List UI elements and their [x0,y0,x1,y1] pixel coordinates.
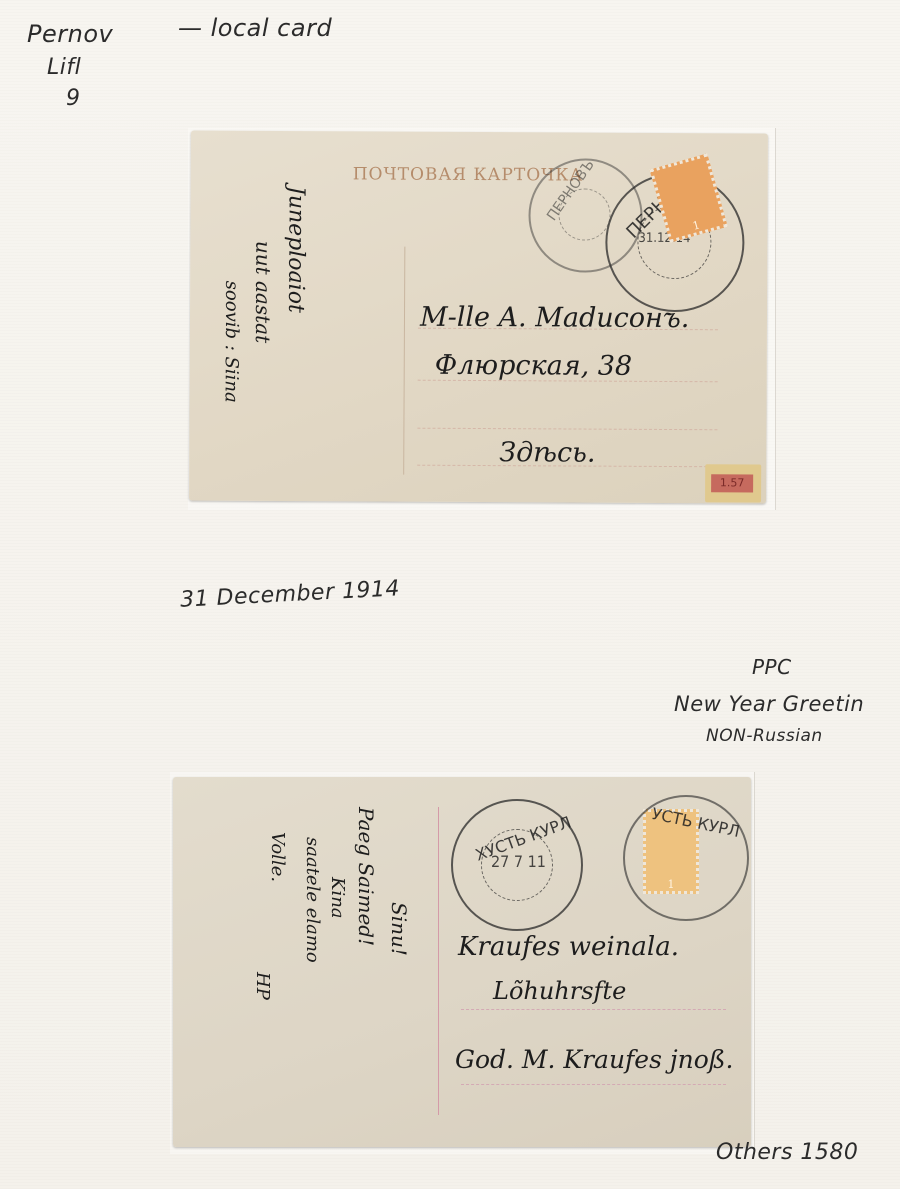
note-ppc: PPC [752,655,792,679]
message-line-2: uut aastat [251,241,276,343]
address-line [417,428,717,432]
message-line-1: Juneploaiot [283,186,309,313]
price-sticker-text: 1.57 [711,474,753,492]
address-line [461,1084,726,1086]
message-line-5: Volle. [267,832,288,882]
note-region: Lifl [47,55,81,80]
address-line-2: Флюрская, 38 [435,350,633,382]
price-sticker: 1.57 [705,464,761,502]
address-line-1: Kraufes weinala. [458,932,679,962]
address-line [461,1009,726,1011]
message-line-3: Kina [327,877,348,919]
message-line-1: Sinu! [387,902,411,956]
address-line-3: Здѣсь. [499,437,595,469]
stamp-value: 1 [691,218,701,232]
note-greeting: New Year Greetin [674,692,864,716]
message-line-4: saatele elamo [302,837,323,963]
card-divider [438,807,439,1115]
note-others: Others 1580 [716,1140,858,1165]
message-line-2: Paeg Saimed! [354,807,378,946]
address-line-1: M-lle A. Madисонъ. [420,302,690,334]
address-line-2: Lõhuhrsfte [493,977,626,1005]
postcard-pernov: ПОЧТОВАЯ КАРТОЧКА ПЕРНОВЪ ПЕРНОВЪ 31.12.… [189,130,768,503]
message-line-3: soovib : Siina [221,281,243,403]
address-line-3: God. M. Kraufes jnoß. [455,1045,733,1074]
note-number: 9 [66,86,81,111]
message-line-6: HP [252,972,273,1000]
card-divider [403,247,405,475]
postcard-ust-kurl: ХУСТЬ КУРЛ 27 7 11 1 УСТЬ КУРЛ Kraufes w… [173,777,751,1147]
note-card-type: — local card [178,14,332,42]
note-language: NON-Russian [706,726,823,746]
postmark-date: 27 7 11 [491,852,546,871]
note-location: Pernov [27,20,113,48]
